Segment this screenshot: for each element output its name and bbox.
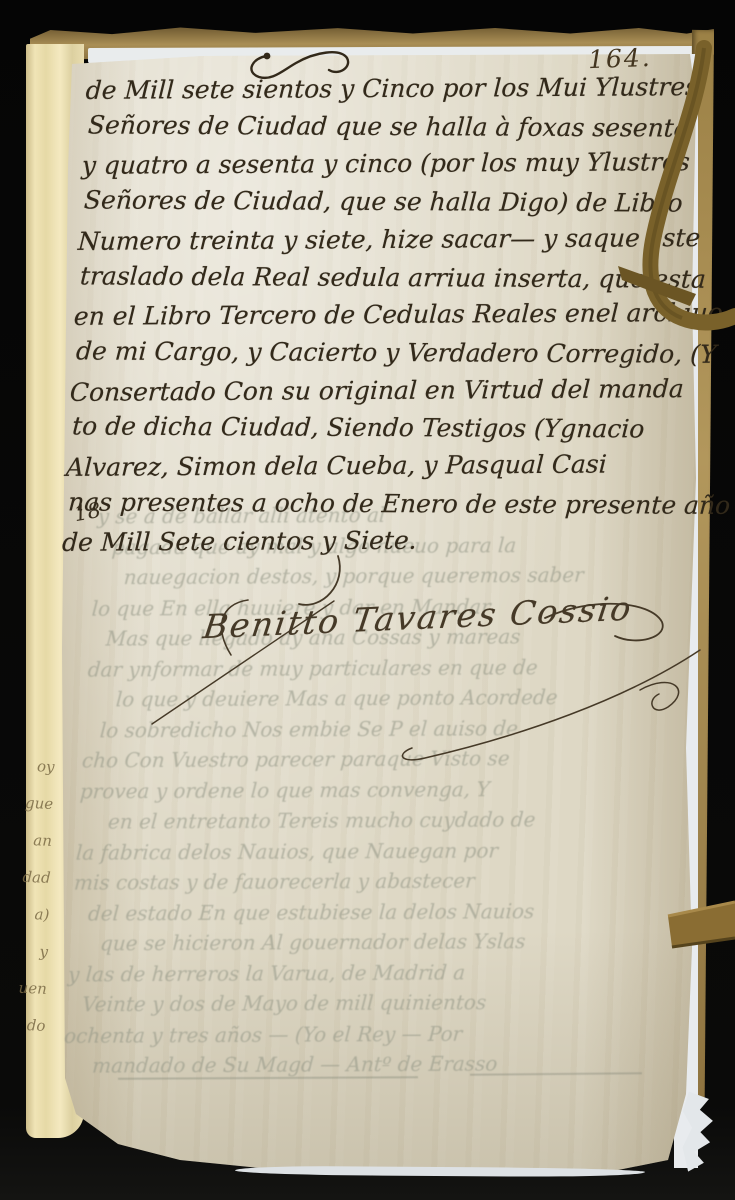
manuscript-line: Alvarez, Simon dela Cueba, y Pasqual Cas… (65, 445, 673, 486)
manuscript-line: de Mill Sete cientos y Siete. (61, 521, 669, 562)
bleedthrough-line: cho Con Vuestro parecer paraque Visto se (81, 742, 679, 776)
prev-page-fragment: uen (0, 969, 47, 1008)
bleedthrough-line: del estado En que estubiese la delos Nau… (87, 895, 669, 929)
bleedthrough-line: la fabrica delos Nauios, que Nauegan por (75, 834, 673, 868)
bleedthrough-line: nauegacion destos, y porque queremos sab… (123, 559, 691, 592)
prev-page-fragment: oy (6, 747, 55, 786)
bleedthrough-text: y se a de ballar alli atento al pagada q… (61, 498, 694, 1081)
manuscript-photo: y se a de ballar alli atento al pagada q… (0, 0, 735, 1200)
prev-page-fragment: dad (2, 858, 51, 897)
manuscript-line: de mi Cargo, y Cacierto y Verdadero Corr… (75, 332, 679, 373)
manuscript-text: de Mill sete sientos y Cinco por los Mui… (61, 70, 693, 560)
prev-page-fragment: a) (1, 895, 50, 934)
bleedthrough-line: y las de herreros la Varua, de Madrid a (67, 956, 665, 990)
manuscript-line: Señores de Ciudad que se halla à foxas s… (87, 106, 691, 147)
manuscript-line: Numero treinta y siete, hize sacar— y sa… (77, 219, 685, 260)
bleedthrough-line: que se hicieron Al gouernador delas Ysla… (99, 925, 667, 958)
prev-page-fragment: y (0, 932, 49, 971)
bleedthrough-line: en el entretanto Tereis mucho cuydado de (107, 803, 675, 836)
manuscript-line: y quatro a sesenta y cinco (por los muy … (81, 144, 689, 185)
manuscript-line: to de dicha Ciudad, Siendo Testigos (Ygn… (71, 408, 675, 449)
bleedthrough-line: mis costas y de fauorecerla y abastecer (73, 864, 671, 898)
bleedthrough-line: ochenta y tres años — (Yo el Rey — Por (63, 1017, 661, 1051)
bleedthrough-line: lo que y deuiere Mas a que ponto Acorded… (115, 681, 683, 714)
manuscript-line: Consertado Con su original en Virtud del… (69, 370, 677, 411)
bleedthrough-line: dar ynformar de muy particulares en que … (87, 651, 685, 685)
prev-page-fragment: an (3, 821, 52, 860)
manuscript-line: nas presentes a ocho de Enero de este pr… (67, 483, 671, 524)
prev-page-fragment: gue (5, 784, 54, 823)
manuscript-line: de Mill sete sientos y Cinco por los Mui… (85, 68, 693, 109)
manuscript-line: en el Libro Tercero de Cedulas Reales en… (73, 294, 681, 335)
prev-page-fragment: do (0, 1006, 46, 1045)
bleedthrough-line: Veinte y dos de Mayo de mill quinientos (81, 987, 663, 1021)
manuscript-line: Señores de Ciudad, que se halla Digo) de… (83, 182, 687, 223)
manuscript-line: traslado dela Real sedula arriua inserta… (79, 257, 683, 298)
bleedthrough-line: provea y ordene lo que mas convenga, Y (79, 773, 677, 807)
bleedthrough-line: lo sobredicho Nos embie Se P el auiso de (99, 712, 681, 746)
